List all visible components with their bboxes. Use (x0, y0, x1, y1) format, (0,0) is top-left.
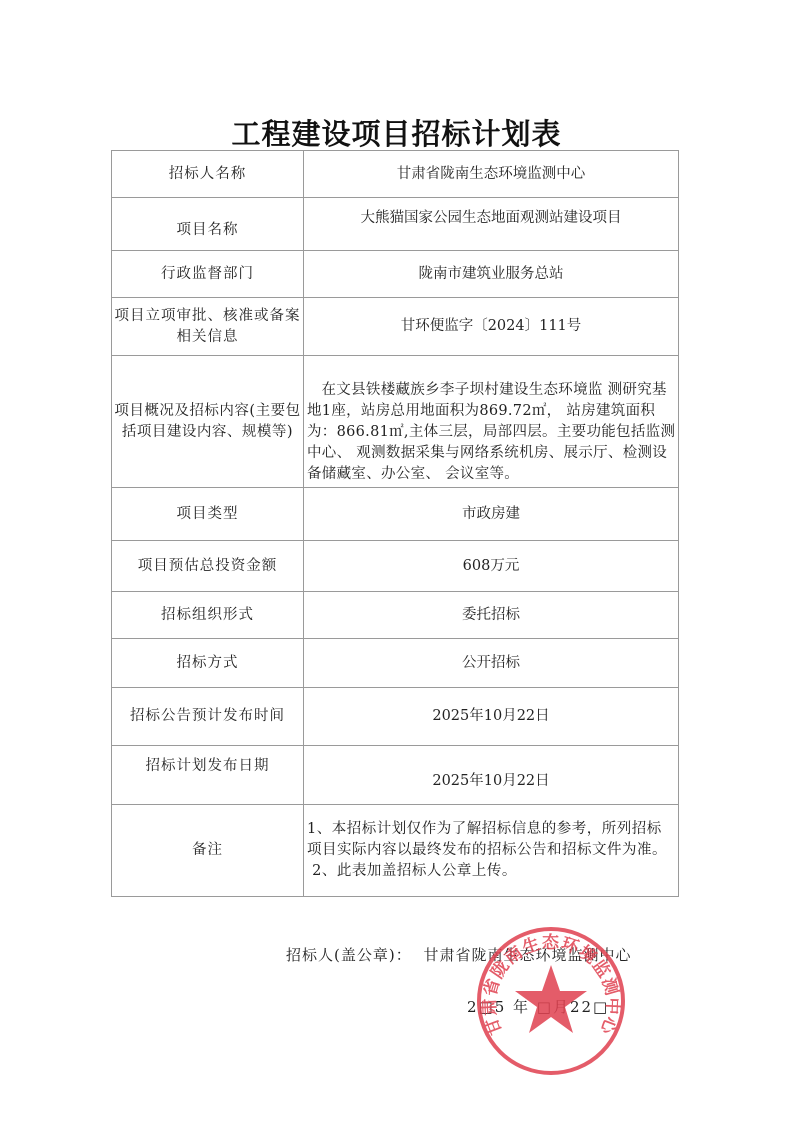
row-value: 陇南市建筑业服务总站 (304, 251, 679, 298)
row-label: 项目预估总投资金额 (112, 541, 304, 592)
table-row: 项目预估总投资金额 608万元 (112, 541, 679, 592)
table-row: 项目立项审批、核准或备案相关信息 甘环便监字〔2024〕111号 (112, 298, 679, 356)
row-label: 行政监督部门 (112, 251, 304, 298)
remarks-cell: 1、本招标计划仅作为了解招标信息的参考，所列招标项目实际内容以最终发布的招标公告… (304, 805, 679, 897)
table-row: 行政监督部门 陇南市建筑业服务总站 (112, 251, 679, 298)
table-row: 备注 1、本招标计划仅作为了解招标信息的参考，所列招标项目实际内容以最终发布的招… (112, 805, 679, 897)
row-value: 2025年10月22日 (304, 688, 679, 746)
row-label: 项目立项审批、核准或备案相关信息 (112, 298, 304, 356)
row-value: 2025年10月22日 (304, 746, 679, 805)
row-value: 608万元 (304, 541, 679, 592)
table-row: 招标组织形式 委托招标 (112, 592, 679, 639)
table-row: 项目类型 市政房建 (112, 488, 679, 541)
row-label: 招标人名称 (112, 151, 304, 198)
row-value: 公开招标 (304, 639, 679, 688)
row-value: 市政房建 (304, 488, 679, 541)
official-seal-icon: 甘肃省陇南生态环境监测中心 (475, 925, 627, 1077)
row-label: 备注 (112, 805, 304, 897)
row-label: 招标计划发布日期 (112, 746, 304, 805)
row-label: 招标方式 (112, 639, 304, 688)
row-label: 招标公告预计发布时间 (112, 688, 304, 746)
table-row: 招标计划发布日期 2025年10月22日 (112, 746, 679, 805)
row-label: 招标组织形式 (112, 592, 304, 639)
table-row: 招标公告预计发布时间 2025年10月22日 (112, 688, 679, 746)
row-value: 甘肃省陇南生态环境监测中心 (304, 151, 679, 198)
document-title: 工程建设项目招标计划表 (0, 112, 793, 153)
row-value: 大熊猫国家公园生态地面观测站建设项目 (304, 198, 679, 251)
remark-line-1: 1、本招标计划仅作为了解招标信息的参考，所列招标项目实际内容以最终发布的招标公告… (307, 819, 676, 861)
row-label: 项目概况及招标内容(主要包括项目建设内容、规模等) (112, 356, 304, 488)
table-row: 项目名称 大熊猫国家公园生态地面观测站建设项目 (112, 198, 679, 251)
table-row: 招标方式 公开招标 (112, 639, 679, 688)
remark-line-2: 2、此表加盖招标人公章上传。 (307, 861, 676, 882)
row-label: 项目类型 (112, 488, 304, 541)
tender-plan-table: 招标人名称 甘肃省陇南生态环境监测中心 项目名称 大熊猫国家公园生态地面观测站建… (111, 150, 679, 897)
table-row: 项目概况及招标内容(主要包括项目建设内容、规模等) 在文县铁楼藏族乡李子坝村建设… (112, 356, 679, 488)
row-label: 项目名称 (112, 198, 304, 251)
row-value: 甘环便监字〔2024〕111号 (304, 298, 679, 356)
table-row: 招标人名称 甘肃省陇南生态环境监测中心 (112, 151, 679, 198)
row-value: 在文县铁楼藏族乡李子坝村建设生态环境监 测研究基地1座，站房总用地面积为869.… (304, 356, 679, 488)
signature-label: 招标人(盖公章)： (286, 946, 412, 964)
row-value: 委托招标 (304, 592, 679, 639)
